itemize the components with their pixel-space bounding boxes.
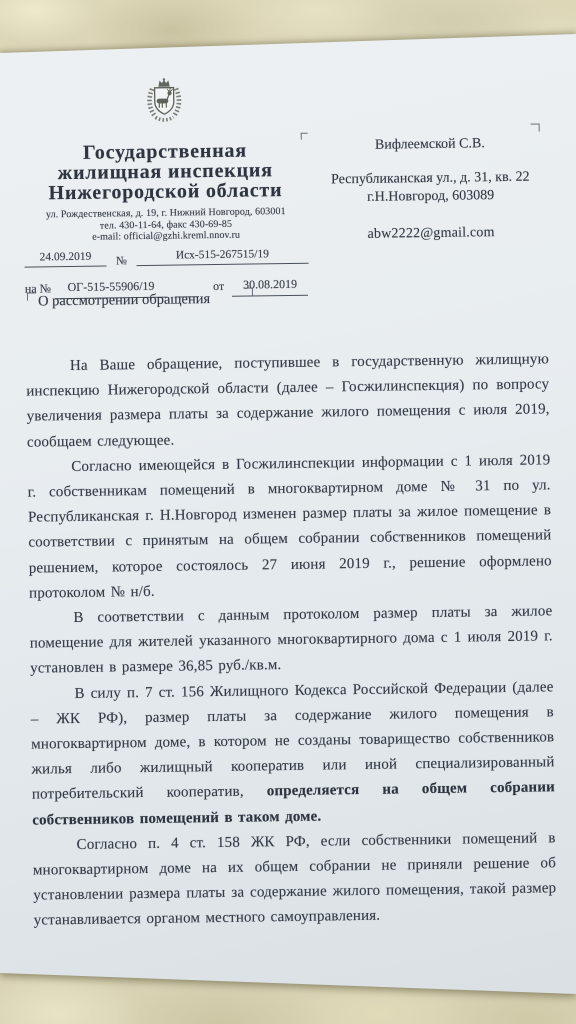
body-paragraph-3: В соответствии с данным протоколом разме… [29, 599, 553, 682]
org-contact-block: ул. Рождественская, д. 19, г. Нижний Нов… [24, 206, 308, 244]
photo-background: Государственная жилищная инспекция Нижег… [0, 0, 576, 1024]
corner-mark-icon [27, 292, 36, 300]
coat-of-arms-icon [142, 77, 187, 138]
in-reply-date-label: от [213, 278, 228, 296]
body-paragraph-4: В силу п. 7 ст. 156 Жилищного Кодекса Ро… [30, 675, 555, 834]
number-sign: № [106, 255, 136, 267]
letter-paper: Государственная жилищная инспекция Нижег… [0, 0, 576, 1024]
letter-date: 24.09.2019 [24, 250, 106, 267]
body-paragraph-5: Согласно п. 4 ст. 158 ЖК РФ, если собств… [32, 826, 556, 934]
org-name: Государственная жилищная инспекция Нижег… [23, 140, 308, 204]
recipient-email: abw2222@gmail.com [306, 223, 556, 243]
corner-mark-icon [244, 287, 253, 295]
letter-body: На Ваше обращение, поступившее в государ… [26, 347, 557, 934]
recipient-block: Вифлеемской С.В. Республиканская ул., д.… [305, 120, 557, 243]
org-name-line3: Нижегородской области [23, 180, 307, 204]
letter-content: Государственная жилищная инспекция Нижег… [0, 0, 576, 1024]
subject-line: О рассмотрении обращения [38, 291, 210, 310]
recipient-name: Вифлеемской С.В. [305, 134, 555, 154]
body-paragraph-2: Согласно имеющейся в Госжилинспекции инф… [27, 448, 552, 607]
recipient-street: Республиканская ул., д. 31, кв. 22 [305, 168, 555, 188]
date-number-row: 24.09.2019 № Исх-515-267515/19 [24, 247, 308, 267]
outgoing-number: Исх-515-267515/19 [136, 247, 308, 265]
letterhead-block: Государственная жилищная инспекция Нижег… [22, 76, 309, 299]
recipient-city: г.Н.Новгород, 603089 [306, 186, 556, 206]
body-paragraph-1: На Ваше обращение, поступившее в государ… [26, 347, 550, 455]
